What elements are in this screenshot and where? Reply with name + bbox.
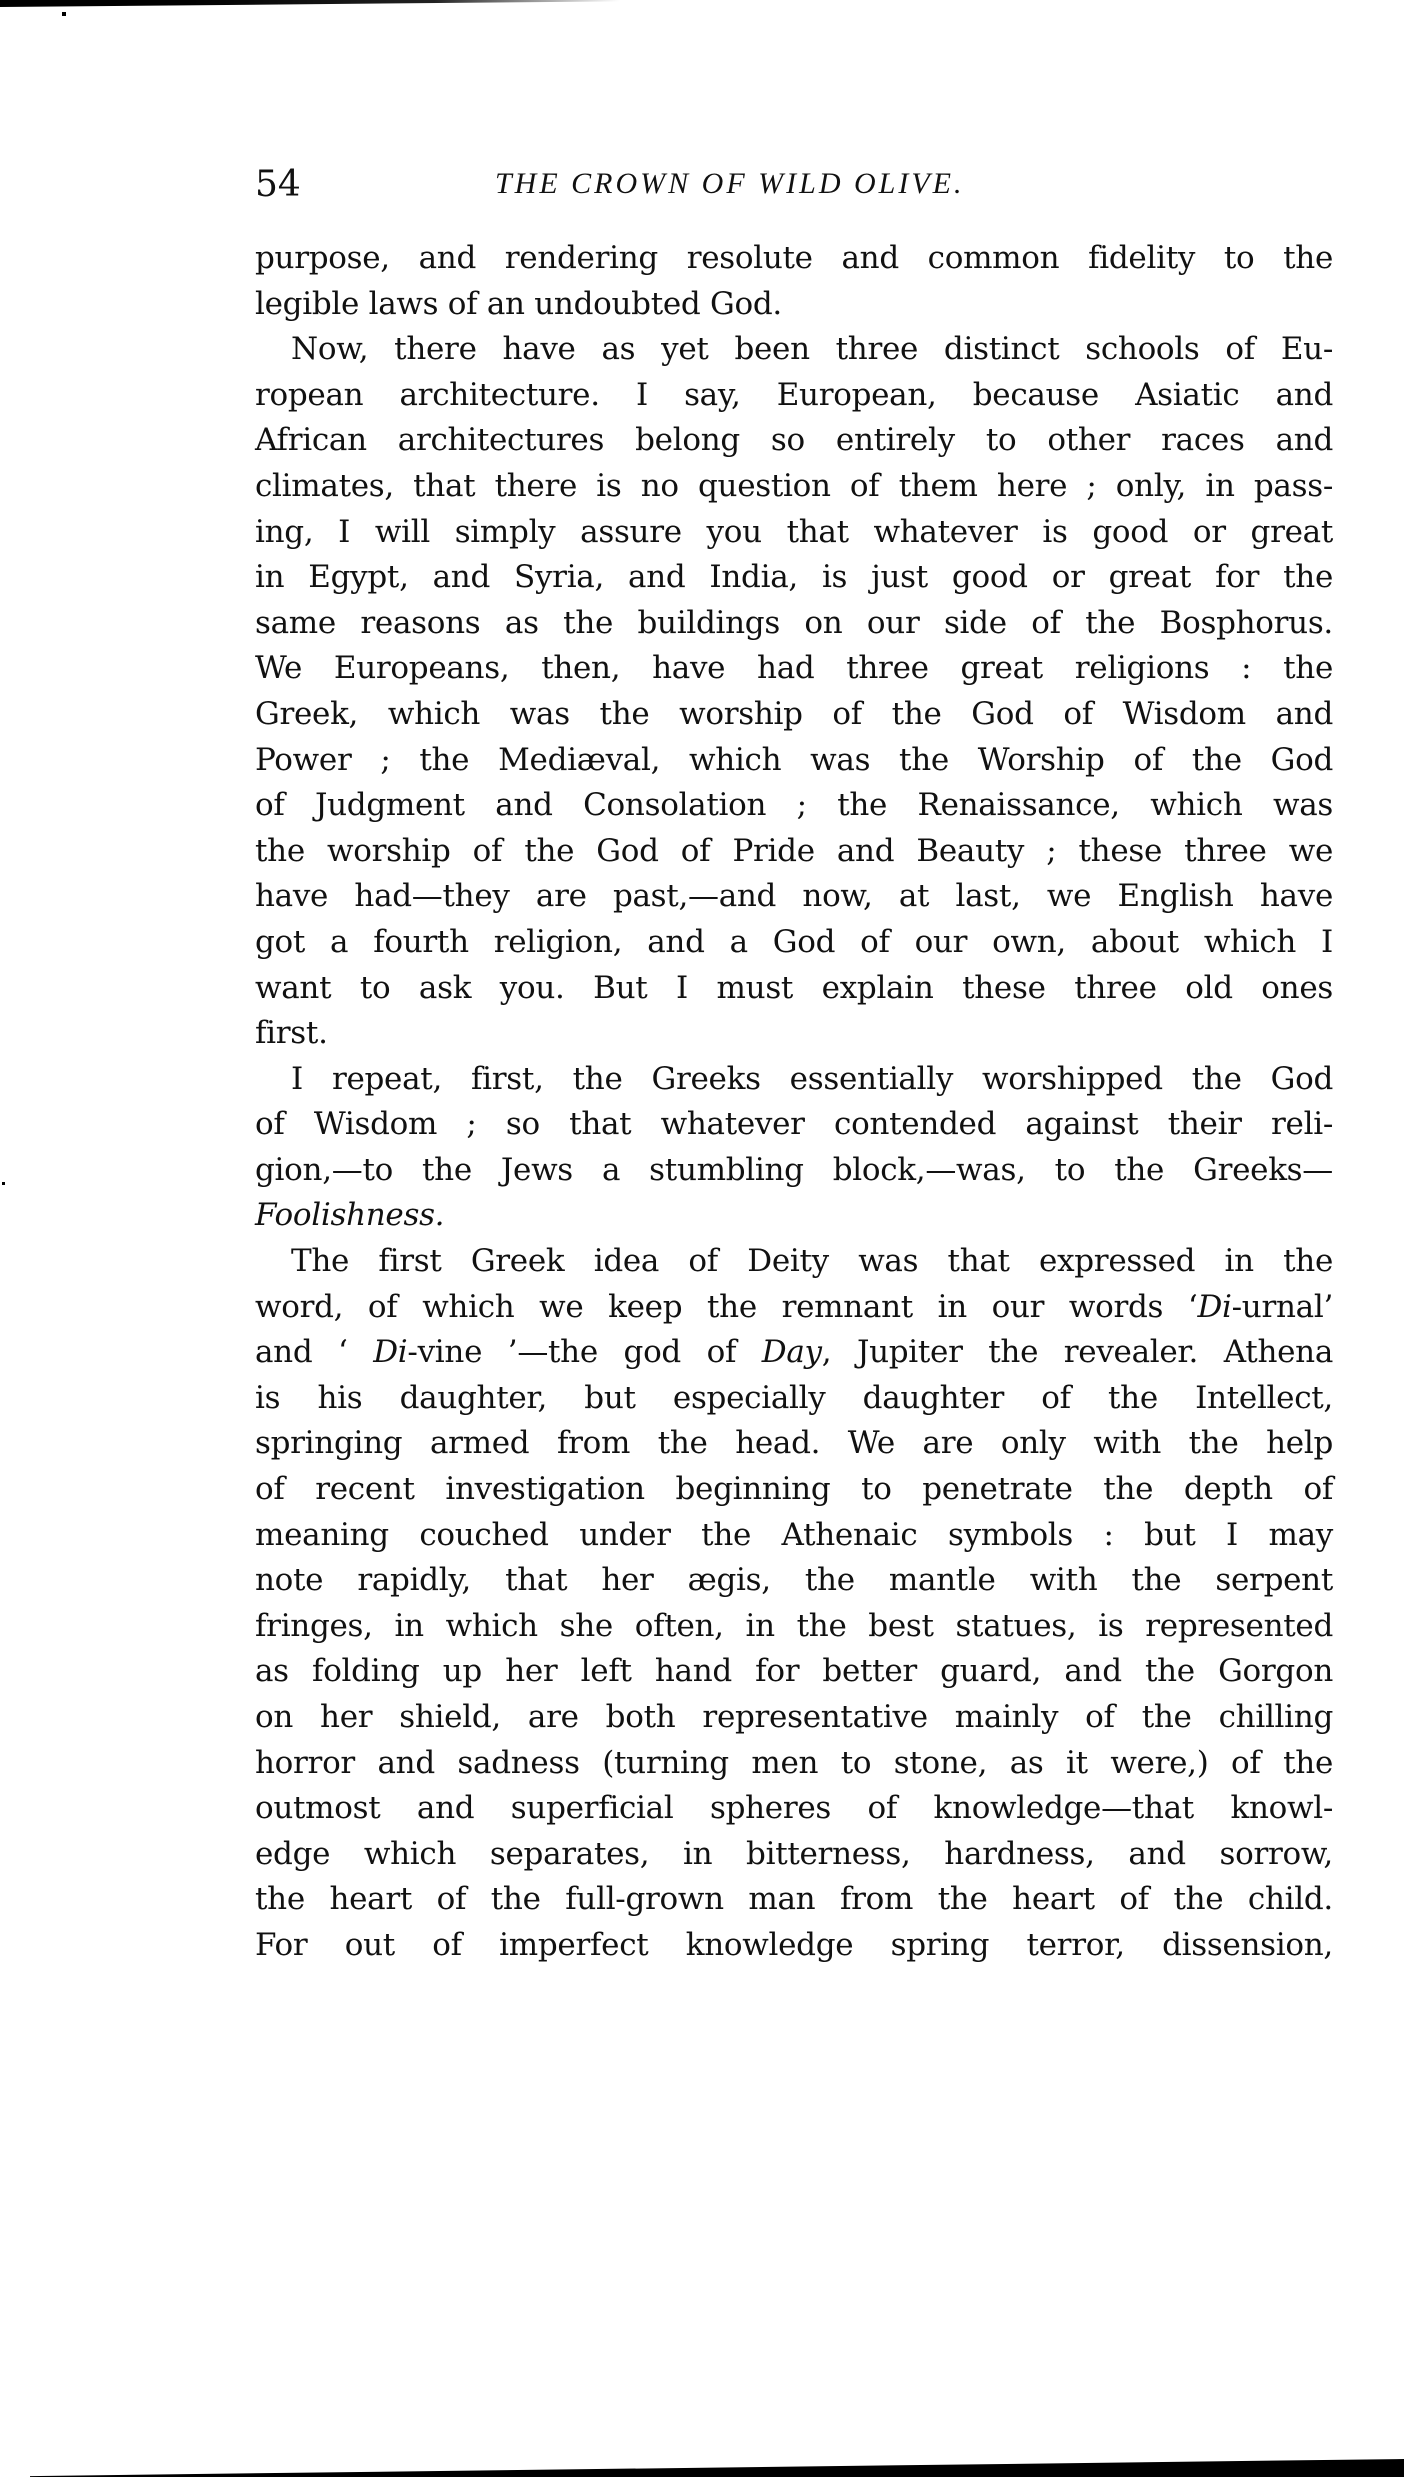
text-run: -urnal’: [1232, 1289, 1333, 1325]
running-title: THE CROWN OF WILD OLIVE.: [495, 164, 1195, 204]
text-line: of Wisdom ; so that whatever contended a…: [255, 1102, 1333, 1148]
text-run: , Jupiter the revealer. Athena: [822, 1334, 1333, 1370]
scan-edge-top: [0, 0, 620, 7]
text-line: For out of imperfect knowledge spring te…: [255, 1923, 1333, 1969]
text-line: first.: [255, 1011, 1333, 1057]
body-text: purpose, and rendering resolute and comm…: [255, 236, 1333, 1969]
paragraph: The first Greek idea of Deity was that e…: [255, 1239, 1333, 1969]
text-line: meaning couched under the Athenaic symbo…: [255, 1513, 1333, 1559]
scan-speck: [62, 12, 66, 16]
text-line: gion,—to the Jews a stumbling block,—was…: [255, 1148, 1333, 1194]
text-line: of Judgment and Consolation ; the Renais…: [255, 783, 1333, 829]
scan-edge-bottom: [30, 2459, 1404, 2477]
text-line-with-italics: and ‘ Di-vine ’—the god of Day, Jupiter …: [255, 1330, 1333, 1376]
paragraph: I repeat, first, the Greeks essentially …: [255, 1057, 1333, 1239]
text-line: Greek, which was the worship of the God …: [255, 692, 1333, 738]
text-line: the worship of the God of Pride and Beau…: [255, 829, 1333, 875]
text-line: want to ask you. But I must explain thes…: [255, 966, 1333, 1012]
text-line-with-italics: word, of which we keep the remnant in ou…: [255, 1285, 1333, 1331]
text-line: the heart of the full-grown man from the…: [255, 1877, 1333, 1923]
text-line: African architectures belong so entirely…: [255, 418, 1333, 464]
text-line: got a fourth religion, and a God of our …: [255, 920, 1333, 966]
text-line: edge which separates, in bitterness, har…: [255, 1832, 1333, 1878]
text-line: fringes, in which she often, in the best…: [255, 1604, 1333, 1650]
italic-run: Di: [1197, 1289, 1231, 1325]
text-line: springing armed from the head. We are on…: [255, 1421, 1333, 1467]
text-run: word, of which we keep the remnant in ou…: [255, 1289, 1197, 1325]
text-line: same reasons as the buildings on our sid…: [255, 601, 1333, 647]
text-run: and ‘: [255, 1334, 373, 1370]
text-line: note rapidly, that her ægis, the mantle …: [255, 1558, 1333, 1604]
running-head: 54 THE CROWN OF WILD OLIVE.: [255, 162, 1335, 208]
text-line: The first Greek idea of Deity was that e…: [255, 1239, 1333, 1285]
text-line: purpose, and rendering resolute and comm…: [255, 236, 1333, 282]
italic-run: Di: [373, 1334, 407, 1370]
text-run: -vine ’—the god of: [407, 1334, 761, 1370]
text-line: legible laws of an undoubted God.: [255, 282, 1333, 328]
text-line: Power ; the Mediæval, which was the Wors…: [255, 738, 1333, 784]
text-line: climates, that there is no question of t…: [255, 464, 1333, 510]
paragraph: purpose, and rendering resolute and comm…: [255, 236, 1333, 327]
text-line: outmost and superficial spheres of knowl…: [255, 1786, 1333, 1832]
text-line: We Europeans, then, have had three great…: [255, 646, 1333, 692]
text-line: as folding up her left hand for better g…: [255, 1649, 1333, 1695]
text-line: Now, there have as yet been three distin…: [255, 327, 1333, 373]
text-line: ing, I will simply assure you that whate…: [255, 510, 1333, 556]
paragraph: Now, there have as yet been three distin…: [255, 327, 1333, 1057]
text-line-italic: Foolishness.: [255, 1193, 1333, 1239]
text-line: is his daughter, but especially daughter…: [255, 1376, 1333, 1422]
scan-speck: [2, 1182, 5, 1185]
text-line: I repeat, first, the Greeks essentially …: [255, 1057, 1333, 1103]
text-line: in Egypt, and Syria, and India, is just …: [255, 555, 1333, 601]
text-line: of recent investigation beginning to pen…: [255, 1467, 1333, 1513]
italic-run: Day: [762, 1334, 822, 1370]
text-line: ropean architecture. I say, European, be…: [255, 373, 1333, 419]
text-line: have had—they are past,—and now, at last…: [255, 874, 1333, 920]
page-number: 54: [255, 162, 301, 208]
text-line: horror and sadness (turning men to stone…: [255, 1741, 1333, 1787]
text-line: on her shield, are both representative m…: [255, 1695, 1333, 1741]
